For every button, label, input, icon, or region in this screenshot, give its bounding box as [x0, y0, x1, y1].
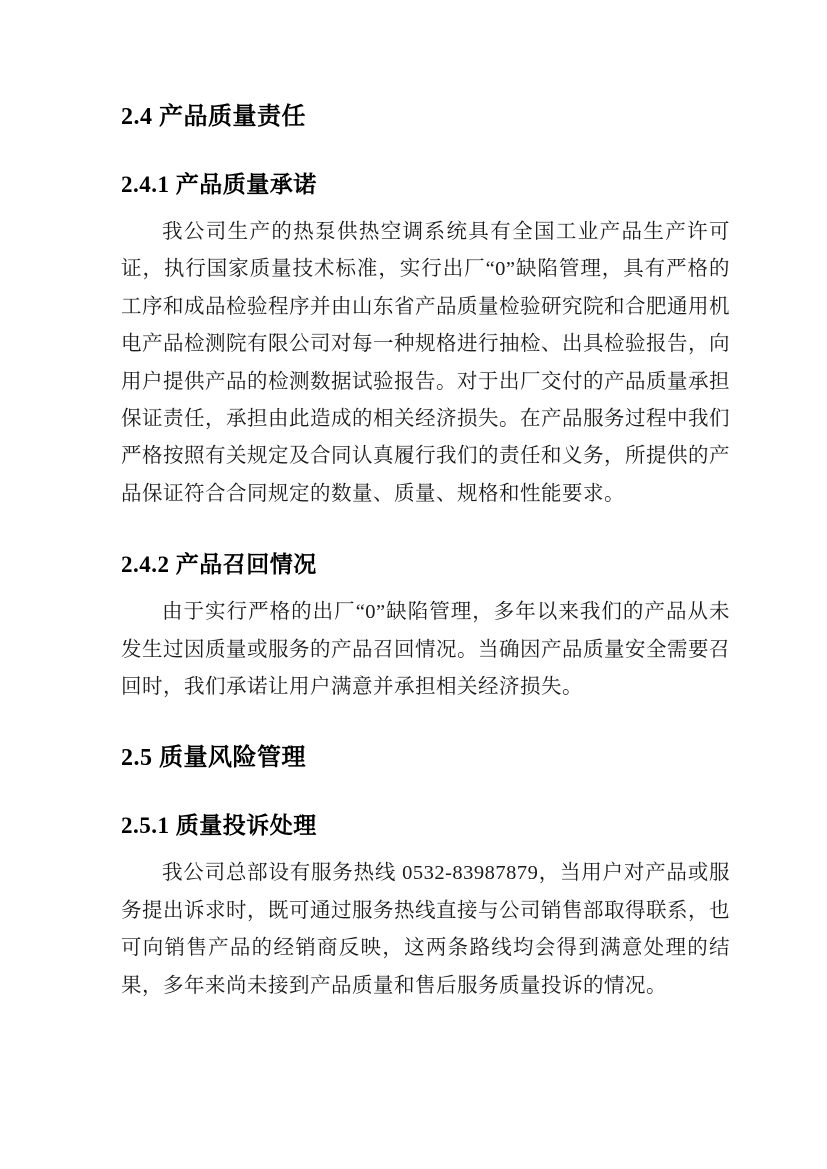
doc-heading-level2: 2.4.1 产品质量承诺 [121, 169, 730, 201]
doc-paragraph: 由于实行严格的出厂“0”缺陷管理，多年以来我们的产品从未发生过因质量或服务的产品… [121, 594, 730, 706]
doc-heading-level2: 2.4.2 产品召回情况 [121, 549, 730, 581]
document-body: 2.4 产品质量责任2.4.1 产品质量承诺我公司生产的热泵供热空调系统具有全国… [121, 0, 730, 1005]
doc-paragraph: 我公司总部设有服务热线 0532-83987879，当用户对产品或服务提出诉求时… [121, 855, 730, 1005]
doc-heading-level2: 2.5.1 质量投诉处理 [121, 810, 730, 842]
doc-heading-level1: 2.4 产品质量责任 [121, 101, 730, 133]
doc-paragraph: 我公司生产的热泵供热空调系统具有全国工业产品生产许可证，执行国家质量技术标准，实… [121, 214, 730, 513]
document-page: 2.4 产品质量责任2.4.1 产品质量承诺我公司生产的热泵供热空调系统具有全国… [0, 0, 827, 1169]
doc-heading-level1: 2.5 质量风险管理 [121, 742, 730, 774]
